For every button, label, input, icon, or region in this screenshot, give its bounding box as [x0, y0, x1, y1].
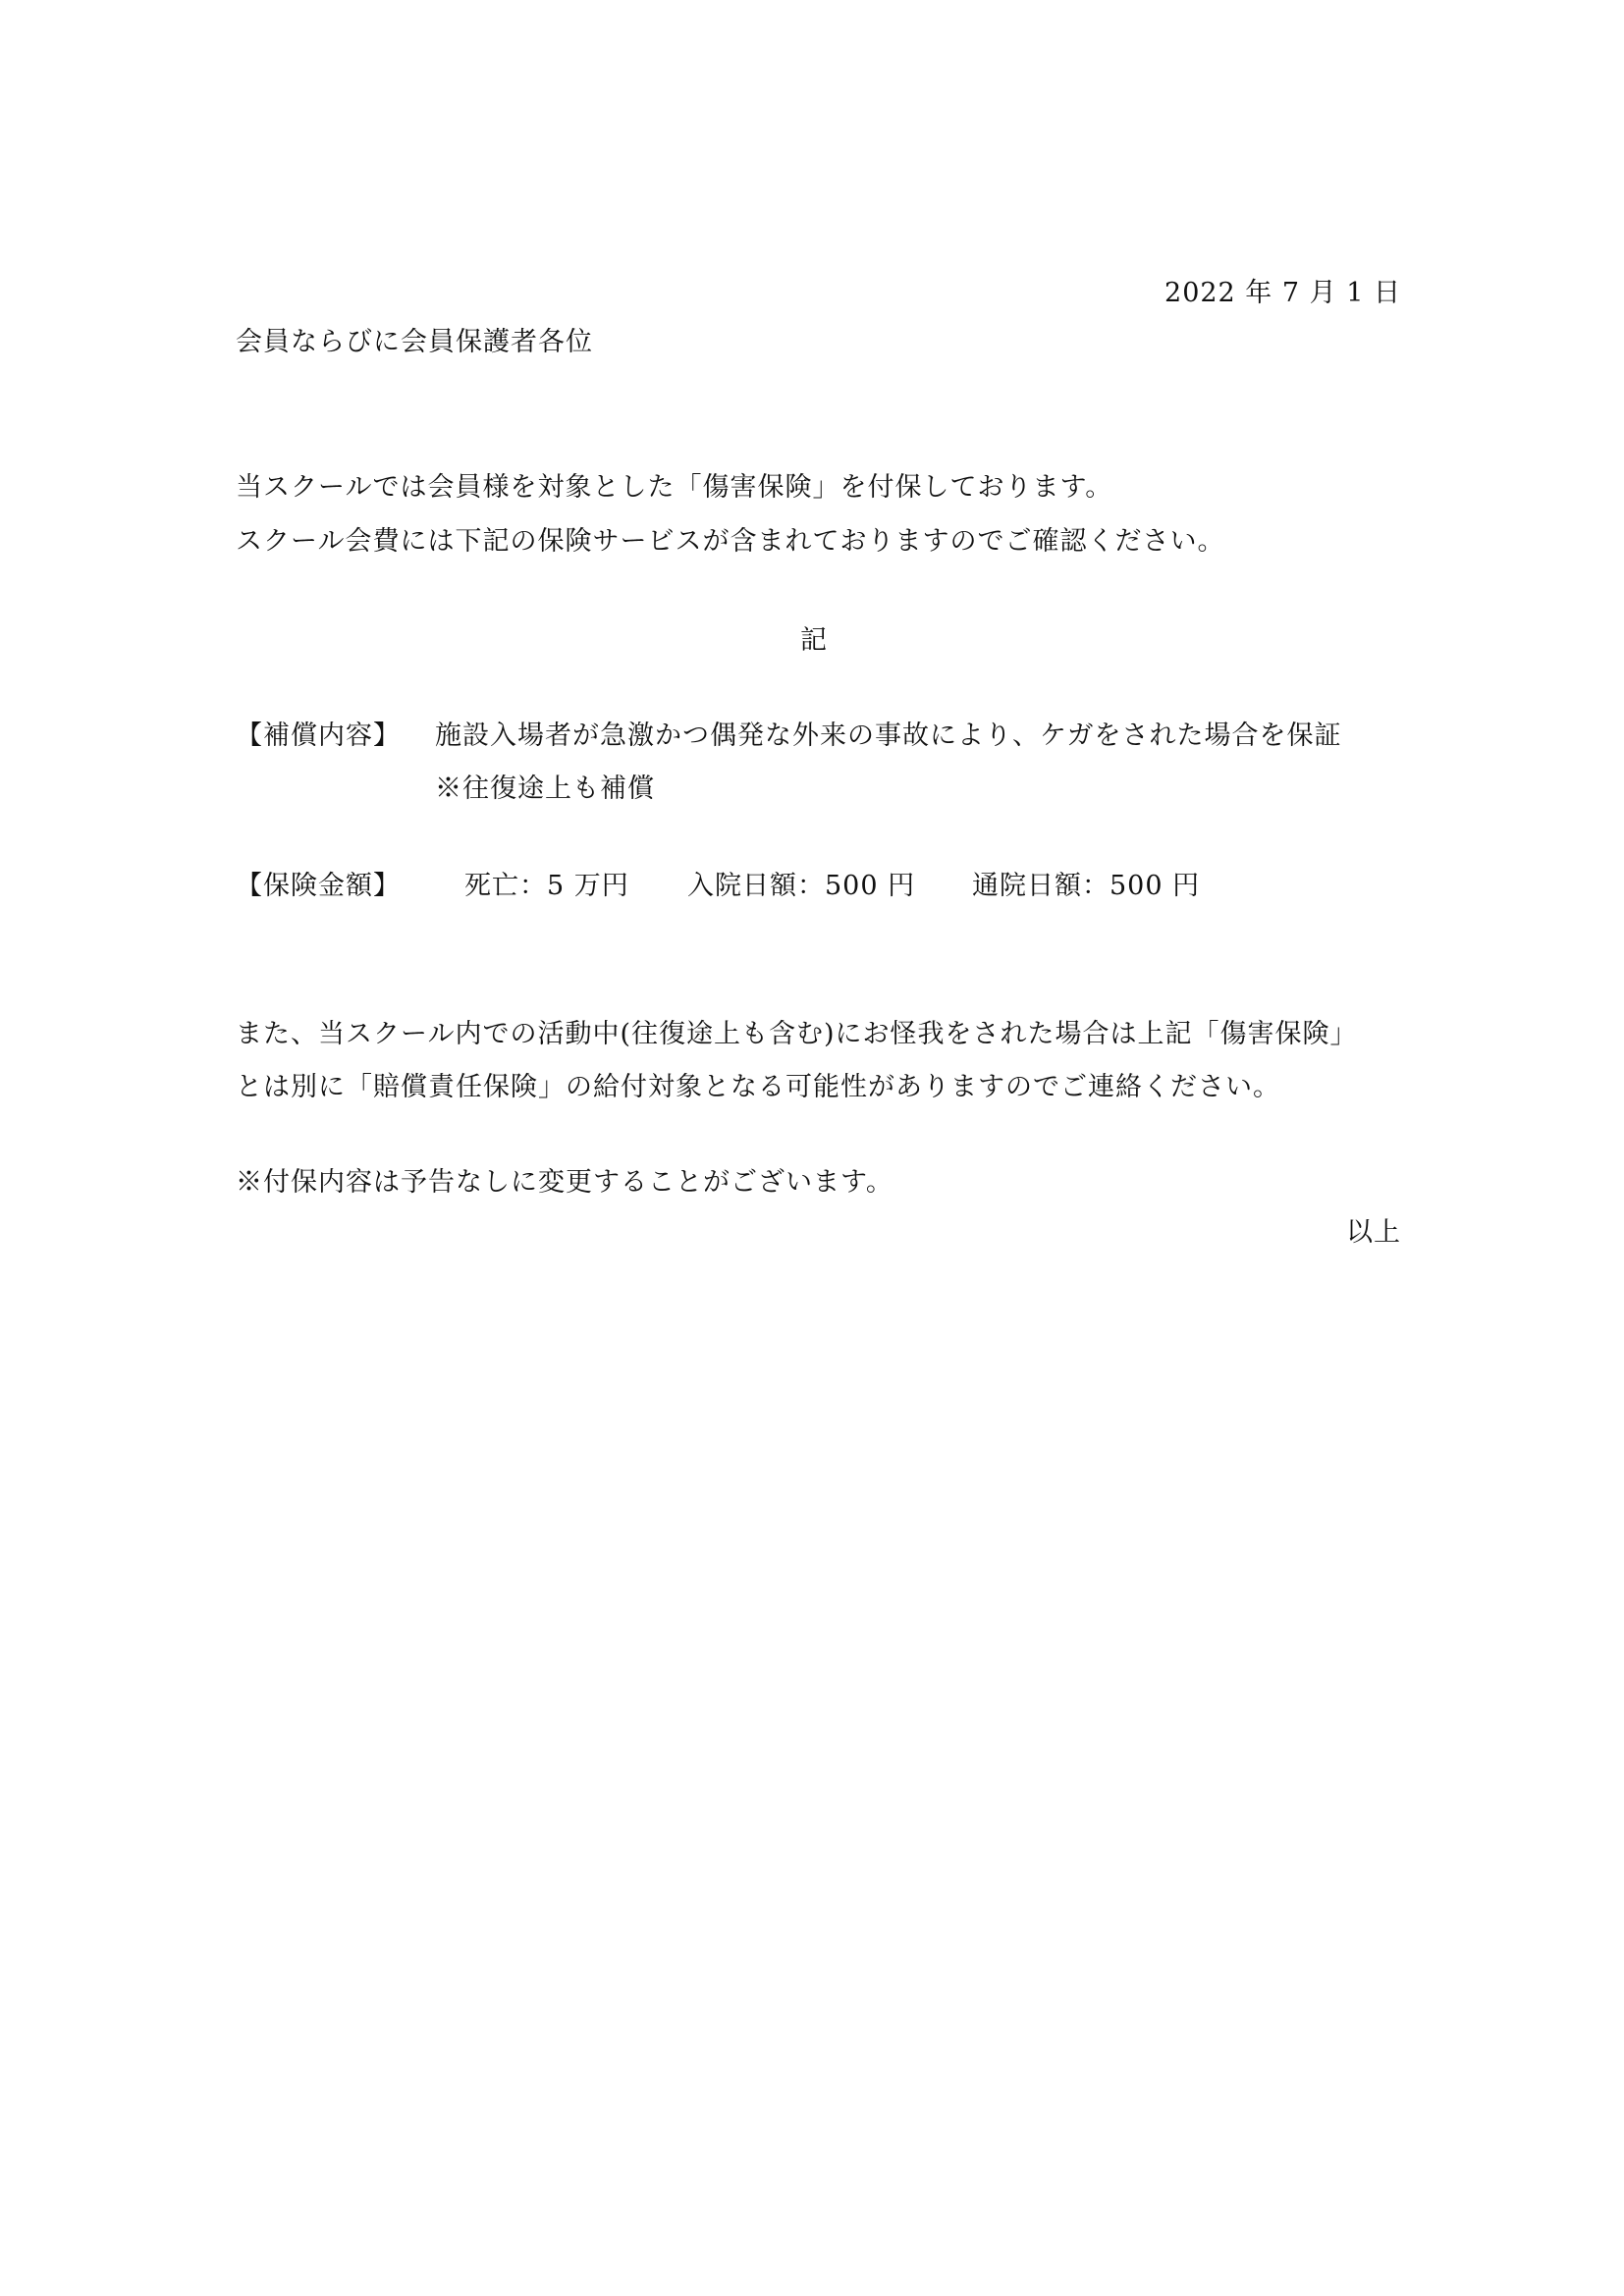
amount-death: 死亡：5 万円 [464, 873, 629, 899]
coverage-line-2: ※往復途上も補償 [435, 775, 655, 802]
amounts-label: 【保険金額】 [236, 873, 401, 899]
ki-heading: 記 [800, 627, 828, 654]
coverage-label: 【補償内容】 [236, 722, 401, 749]
liability-line-2: とは別に「賠償責任保険」の給付対象となる可能性がありますのでご連絡ください。 [236, 1074, 1280, 1100]
intro-line-1: 当スクールでは会員様を対象とした「傷害保険」を付保しております。 [236, 474, 1112, 501]
amount-hospitalization: 入院日額：500 円 [687, 873, 915, 899]
coverage-line-1: 施設入場者が急激かつ偶発な外来の事故により、ケガをされた場合を保証 [435, 722, 1341, 749]
document-page: 2022 年 7 月 1 日 会員ならびに会員保護者各位 当スクールでは会員様を… [0, 0, 1624, 2296]
amount-outpatient: 通院日額：500 円 [972, 873, 1200, 899]
document-date: 2022 年 7 月 1 日 [1164, 280, 1401, 306]
change-note: ※付保内容は予告なしに変更することがございます。 [236, 1169, 893, 1196]
liability-line-1: また、当スクール内での活動中(往復途上も含む)にお怪我をされた場合は上記「傷害保… [236, 1021, 1358, 1047]
intro-line-2: スクール会費には下記の保険サービスが含まれておりますのでご確認ください。 [236, 528, 1224, 555]
closing-ijo: 以上 [1346, 1219, 1401, 1246]
addressee: 会員ならびに会員保護者各位 [236, 329, 593, 355]
